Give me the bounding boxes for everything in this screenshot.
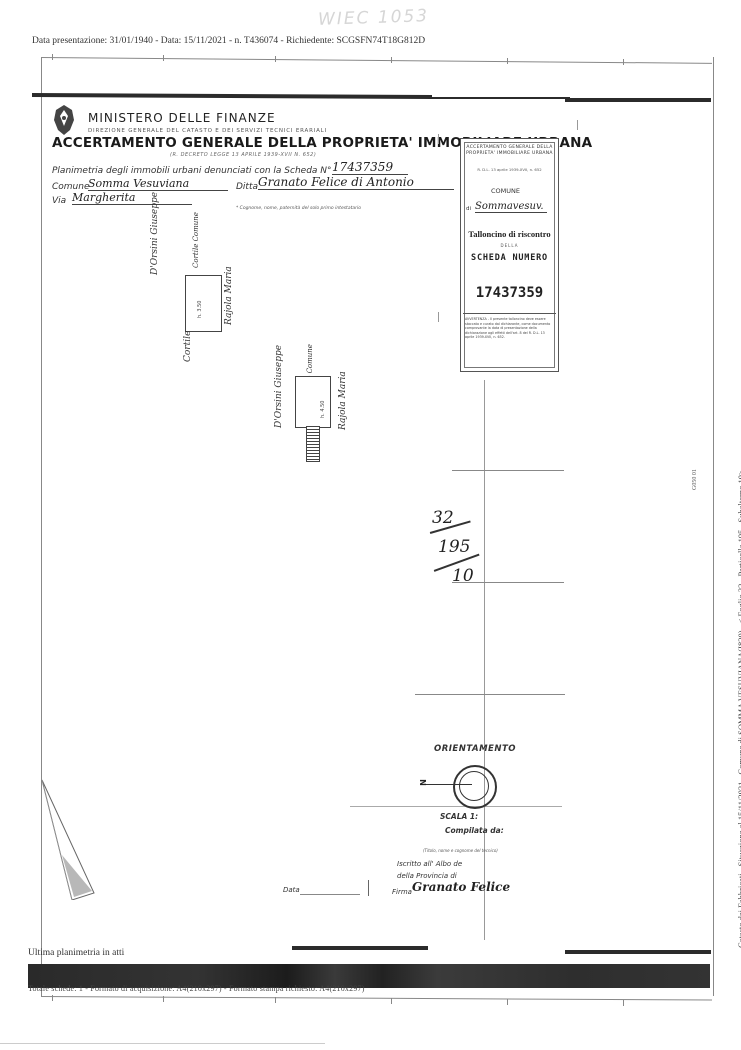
talloncino-comune-label: COMUNE xyxy=(491,187,520,195)
compass-inner-ring-icon xyxy=(459,771,489,801)
sketch2-label-top-left: D'Orsini Giuseppe xyxy=(274,345,284,428)
ministry-name: MINISTERO DELLE FINANZE xyxy=(88,111,276,125)
frame-tick xyxy=(577,120,578,130)
via-handwritten: Margherita xyxy=(72,191,192,205)
sketch1-room-label: h. 3.50 xyxy=(197,301,203,318)
particella-number: 195 xyxy=(438,537,470,557)
orientation-label: ORIENTAMENTO xyxy=(434,744,516,754)
frame-tick xyxy=(391,57,392,63)
ditta-label: Ditta xyxy=(236,182,258,192)
grid-vertical-line xyxy=(484,380,485,940)
italian-republic-emblem-icon xyxy=(52,104,76,136)
talloncino-avvertenza: AVVERTENZA - Il presente talloncino deve… xyxy=(463,313,556,369)
frame-tick xyxy=(438,312,439,322)
frame-tick xyxy=(623,59,624,65)
acquisition-info: Totale schede: 1 - Formato di acquisizio… xyxy=(28,984,365,993)
talloncino-scheda-label: SCHEDA NUMERO xyxy=(461,253,558,263)
sketch1-label-top-right: Cortile Comune xyxy=(192,212,200,268)
firma-label: Firma xyxy=(392,888,412,896)
frame-tick xyxy=(163,996,164,1002)
side-cadastral-info: Catasto dei Fabbricati - Situazione al 1… xyxy=(736,470,741,948)
iscritto-label: Iscritto all' Albo de xyxy=(397,860,462,868)
frame-tick xyxy=(391,998,392,1004)
frame-tick xyxy=(623,1000,624,1006)
sketch1-label-bottom: Cortile xyxy=(183,331,193,362)
frame-tick xyxy=(275,56,276,62)
frame-bottom-line xyxy=(41,996,712,1001)
scheda-number-handwritten: 17437359 xyxy=(332,160,408,175)
talloncino-decree: R. D.L. 13 aprile 1939-XVII, n. 652 xyxy=(461,167,558,172)
compilata-label: Compilata da: xyxy=(445,826,504,835)
frame-tick xyxy=(275,997,276,1003)
data-underline xyxy=(300,894,360,895)
side-info-line1: Catasto dei Fabbricati - Situazione al 1… xyxy=(736,470,741,948)
frame-tick xyxy=(438,134,439,144)
north-letter: N xyxy=(419,779,428,786)
sketch1-label-top-left: D'Orsini Giuseppe xyxy=(150,192,160,275)
sketch2-room-label: h. 4.50 xyxy=(320,401,326,418)
presentation-header: Data presentazione: 31/01/1940 - Data: 1… xyxy=(32,36,425,46)
via-label: Via xyxy=(52,196,66,206)
grid-horizontal-line xyxy=(452,470,564,471)
side-info-small: G050 01 xyxy=(692,469,698,490)
titolo-note: (Titolo, nome e cognome del tecnico) xyxy=(423,848,498,853)
decree-reference: (R. DECRETO LEGGE 13 APRILE 1939-XVII N.… xyxy=(170,152,316,158)
frame-tick xyxy=(52,54,53,60)
data-label: Data xyxy=(283,886,300,894)
frame-tick xyxy=(507,999,508,1005)
ministry-direction: DIREZIONE GENERALE DEL CATASTO E DEI SER… xyxy=(88,128,327,134)
sketch1-room xyxy=(185,275,222,332)
ultima-planimetria: Ultima planimetria in atti xyxy=(28,948,124,958)
subalterno-number: 10 xyxy=(452,566,474,586)
faint-stamp: WIEC 1053 xyxy=(318,6,430,30)
talloncino-comune-handwritten: Sommavesuv. xyxy=(475,201,547,213)
firma-handwritten: Granato Felice xyxy=(412,880,510,894)
frame-tick xyxy=(52,995,53,1001)
talloncino-header: ACCERTAMENTO GENERALE DELLA PROPRIETA' I… xyxy=(461,145,558,157)
comune-handwritten: Somma Vesuviana xyxy=(88,177,228,191)
scala-label: SCALA 1: xyxy=(440,812,478,821)
sketch1-label-right: Rajola Maria xyxy=(224,266,234,325)
scan-edge-bar xyxy=(565,98,711,102)
talloncino-della: DELLA xyxy=(461,243,558,248)
form-footnote: * Cognome, nome, paternità del solo prim… xyxy=(236,206,361,211)
talloncino-title: Talloncino di riscontro xyxy=(461,229,558,239)
sketch2-staircase xyxy=(306,426,320,462)
grid-horizontal-line xyxy=(415,694,565,695)
scan-edge-bar xyxy=(565,950,711,954)
frame-tick xyxy=(507,58,508,64)
north-arrow-icon xyxy=(424,784,472,785)
talloncino-scheda-number: 17437359 xyxy=(461,285,558,301)
scan-artifact-triangle xyxy=(36,775,96,900)
scan-edge-bar xyxy=(292,946,428,950)
divider xyxy=(368,880,369,896)
scan-edge-bar xyxy=(430,97,570,99)
talloncino-riscontro: ACCERTAMENTO GENERALE DELLA PROPRIETA' I… xyxy=(460,138,559,372)
frame-tick xyxy=(163,55,164,61)
sketch2-label-right: Rajola Maria xyxy=(338,371,348,430)
grid-horizontal-line xyxy=(350,806,562,807)
ditta-handwritten: Granato Felice di Antonio xyxy=(258,175,454,190)
page-edge-line xyxy=(0,1043,325,1044)
talloncino-di-label: di xyxy=(466,206,471,212)
provincia-label: della Provincia di xyxy=(397,872,457,880)
